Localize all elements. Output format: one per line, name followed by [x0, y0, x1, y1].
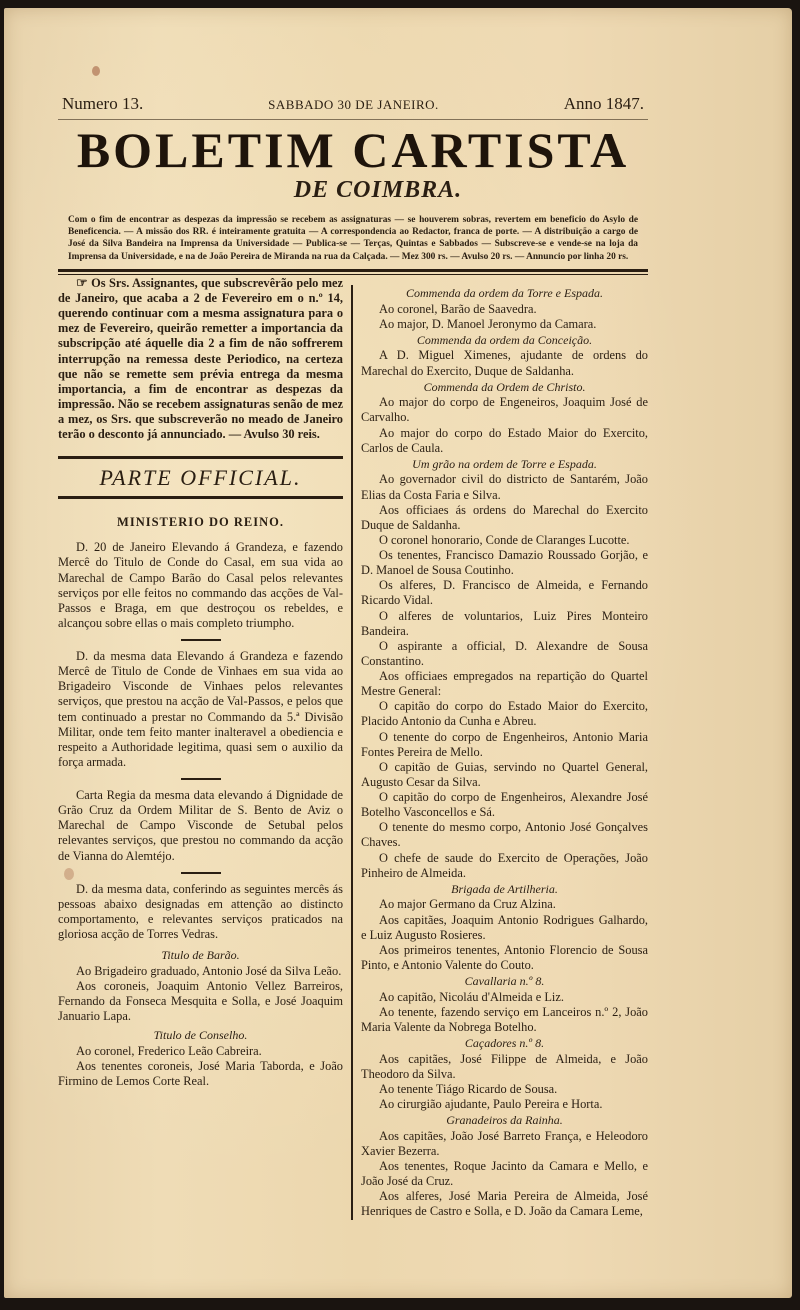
columns: ☞ Os Srs. Assignantes, que subscrevêrão …	[58, 275, 648, 1220]
entry: Ao major do corpo de Engeneiros, Joaquim…	[361, 395, 648, 425]
entry: O capitão de Guias, servindo no Quartel …	[361, 760, 648, 790]
subheading: Commenda da Ordem de Christo.	[361, 380, 648, 395]
subheading: Granadeiros da Rainha.	[361, 1113, 648, 1128]
decree-paragraph: D. 20 de Janeiro Elevando á Grandeza, e …	[58, 540, 343, 631]
entry: Os alferes, D. Francisco de Almeida, e F…	[361, 578, 648, 608]
left-column: ☞ Os Srs. Assignantes, que subscrevêrão …	[58, 275, 351, 1220]
entry: Ao governador civil do districto de Sant…	[361, 472, 648, 502]
entry: Ao major, D. Manoel Jeronymo da Camara.	[361, 317, 648, 332]
entry: Os tenentes, Francisco Damazio Roussado …	[361, 548, 648, 578]
entry: O chefe de saude do Exercito de Operaçõe…	[361, 851, 648, 881]
entry: Ao major Germano da Cruz Alzina.	[361, 897, 648, 912]
issue-date: SABBADO 30 DE JANEIRO.	[268, 97, 439, 113]
entry: A D. Miguel Ximenes, ajudante de ordens …	[361, 348, 648, 378]
entry: O coronel honorario, Conde de Claranges …	[361, 533, 648, 548]
subheading: Brigada de Artilheria.	[361, 882, 648, 897]
decree-paragraph: D. da mesma data, conferindo as seguinte…	[58, 882, 343, 943]
right-column: Commenda da ordem da Torre e Espada.Ao c…	[351, 285, 648, 1220]
entry: Aos capitães, João José Barreto França, …	[361, 1129, 648, 1159]
decree-paragraph: D. da mesma data Elevando á Grandeza e f…	[58, 649, 343, 770]
issue-number: Numero 13.	[62, 94, 143, 114]
entry: Ao cirurgião ajudante, Paulo Pereira e H…	[361, 1097, 648, 1112]
entry: O capitão do corpo de Engenheiros, Alexa…	[361, 790, 648, 820]
pointing-hand-icon: ☞	[76, 275, 91, 290]
entry: Aos tenentes coroneis, José Maria Tabord…	[58, 1059, 343, 1089]
subscriber-notice: ☞ Os Srs. Assignantes, que subscrevêrão …	[58, 275, 343, 442]
entry: Ao capitão, Nicoláu d'Almeida e Liz.	[361, 990, 648, 1005]
newspaper-page: Numero 13. SABBADO 30 DE JANEIRO. Anno 1…	[4, 8, 792, 1298]
entry: Aos officiaes empregados na repartição d…	[361, 669, 648, 699]
entry: O capitão do corpo do Estado Maior do Ex…	[361, 699, 648, 729]
entry: Ao tenente Tiágo Ricardo de Sousa.	[361, 1082, 648, 1097]
entry: Aos tenentes, Roque Jacinto da Camara e …	[361, 1159, 648, 1189]
entry: Ao major do corpo do Estado Maior do Exe…	[361, 426, 648, 456]
subheading: Cavallaria n.º 8.	[361, 974, 648, 989]
ink-stain	[92, 66, 100, 76]
section-title: PARTE OFFICIAL.	[58, 456, 343, 499]
newspaper-title: BOLETIM CARTISTA	[58, 125, 648, 175]
subheading: Commenda da ordem da Torre e Espada.	[361, 286, 648, 301]
entry: O alferes de voluntarios, Luiz Pires Mon…	[361, 609, 648, 639]
page-content: Numero 13. SABBADO 30 DE JANEIRO. Anno 1…	[58, 94, 648, 1220]
subheading: Caçadores n.º 8.	[361, 1036, 648, 1051]
entry: O aspirante a official, D. Alexandre de …	[361, 639, 648, 669]
entry: Aos coroneis, Joaquim Antonio Vellez Bar…	[58, 979, 343, 1024]
masthead-info: Numero 13. SABBADO 30 DE JANEIRO. Anno 1…	[58, 94, 648, 114]
entry: Aos alferes, José Maria Pereira de Almei…	[361, 1189, 648, 1219]
subheading: Titulo de Conselho.	[58, 1028, 343, 1043]
divider	[181, 778, 221, 780]
divider	[181, 872, 221, 874]
entry: Aos primeiros tenentes, Antonio Florenci…	[361, 943, 648, 973]
subheading: Um grão na ordem de Torre e Espada.	[361, 457, 648, 472]
entry: Aos capitães, Joaquim Antonio Rodrigues …	[361, 913, 648, 943]
divider	[181, 639, 221, 641]
divider	[58, 119, 648, 120]
entry: Ao tenente, fazendo serviço em Lanceiros…	[361, 1005, 648, 1035]
entry: O tenente do mesmo corpo, Antonio José G…	[361, 820, 648, 850]
decree-paragraph: Carta Regia da mesma data elevando á Dig…	[58, 788, 343, 864]
entry: Ao Brigadeiro graduado, Antonio José da …	[58, 964, 343, 979]
newspaper-subtitle: DE COIMBRA.	[108, 177, 648, 204]
entry: O tenente do corpo de Engenheiros, Anton…	[361, 730, 648, 760]
entry: Aos capitães, José Filippe de Almeida, e…	[361, 1052, 648, 1082]
subheading: Commenda da ordem da Conceição.	[361, 333, 648, 348]
entry: Aos officiaes ás ordens do Marechal do E…	[361, 503, 648, 533]
publication-notice: Com o fim de encontrar as despezas da im…	[58, 214, 648, 263]
issue-year: Anno 1847.	[564, 94, 644, 114]
entry: Ao coronel, Frederico Leão Cabreira.	[58, 1044, 343, 1059]
subheading: Titulo de Barão.	[58, 948, 343, 963]
entry: Ao coronel, Barão de Saavedra.	[361, 302, 648, 317]
ministry-heading: MINISTERIO DO REINO.	[58, 515, 343, 530]
